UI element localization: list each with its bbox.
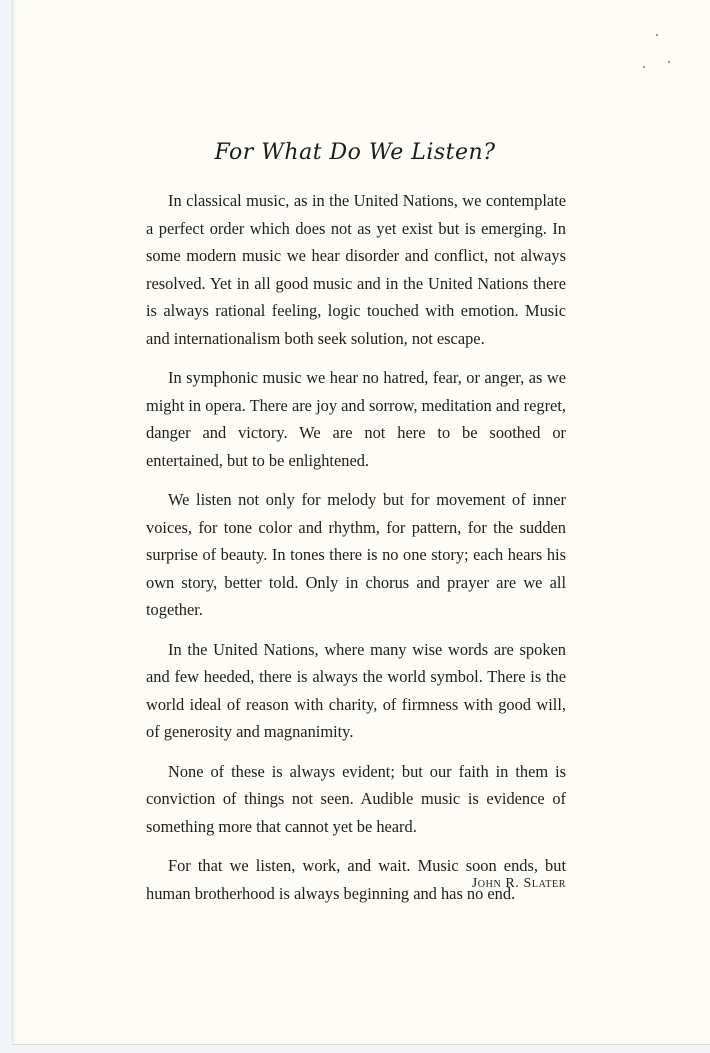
paragraph: In classical music, as in the United Nat… — [146, 187, 566, 352]
paragraph: In symphonic music we hear no hatred, fe… — [146, 364, 566, 474]
paper-speck — [656, 34, 658, 36]
document-body: In classical music, as in the United Nat… — [146, 187, 566, 919]
paper-speck — [668, 61, 670, 63]
paragraph: In the United Nations, where many wise w… — [146, 636, 566, 746]
author-signature: John R. Slater — [460, 876, 566, 892]
paper-speck — [643, 66, 645, 68]
document-title: For What Do We Listen? — [0, 140, 710, 165]
paragraph: We listen not only for melody but for mo… — [146, 486, 566, 624]
paragraph: None of these is always evident; but our… — [146, 758, 566, 841]
